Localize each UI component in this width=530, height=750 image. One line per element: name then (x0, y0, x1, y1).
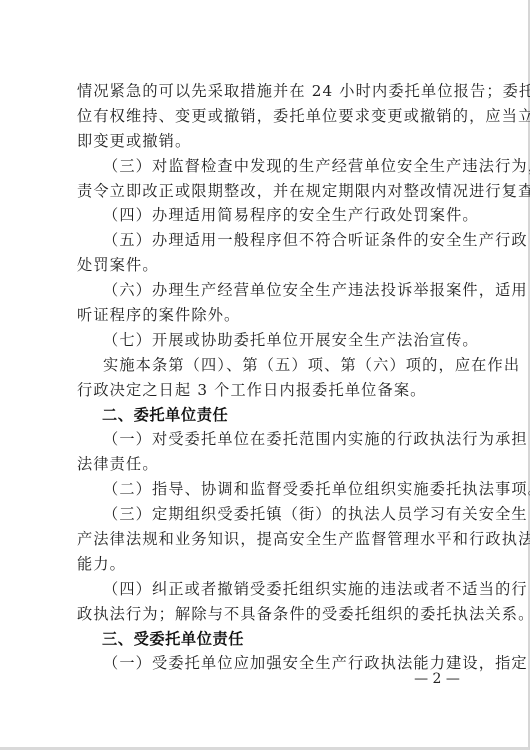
paragraph-line: 能力。 (77, 552, 462, 577)
paragraph-line: 位有权维持、变更或撤销，委托单位要求变更或撤销的，应当立 (77, 104, 462, 129)
paragraph-line: （六）办理生产经营单位安全生产违法投诉举报案件，适用 (77, 278, 462, 303)
paragraph-line: （四）纠正或者撤销受委托组织实施的违法或者不适当的行 (77, 577, 462, 602)
document-body: 情况紧急的可以先采取措施并在 24 小时内委托单位报告；委托单 位有权维持、变更… (77, 79, 462, 676)
paragraph-line: （四）办理适用简易程序的安全生产行政处罚案件。 (77, 203, 462, 228)
paragraph-line: （一）对受委托单位在委托范围内实施的行政执法行为承担 (77, 427, 462, 452)
paragraph-line: 产法律法规和业务知识，提高安全生产监督管理水平和行政执法 (77, 527, 462, 552)
section-heading: 二、委托单位责任 (77, 403, 462, 428)
paragraph-line: 责令立即改正或限期整改，并在规定期限内对整改情况进行复查。 (77, 179, 462, 204)
paragraph-line: 实施本条第（四）、第（五）项、第（六）项的，应在作出 (77, 353, 462, 378)
paragraph-line: （三）对监督检查中发现的生产经营单位安全生产违法行为， (77, 154, 462, 179)
section-heading: 三、受委托单位责任 (77, 627, 462, 652)
paragraph-line: 即变更或撤销。 (77, 129, 462, 154)
document-page: 情况紧急的可以先采取措施并在 24 小时内委托单位报告；委托单 位有权维持、变更… (0, 0, 530, 750)
paragraph-line: （二）指导、协调和监督受委托单位组织实施委托执法事项。 (77, 477, 462, 502)
paragraph-line: 情况紧急的可以先采取措施并在 24 小时内委托单位报告；委托单 (77, 79, 462, 104)
paragraph-line: （五）办理适用一般程序但不符合听证条件的安全生产行政 (77, 228, 462, 253)
paragraph-line: （一）受委托单位应加强安全生产行政执法能力建设，指定 (77, 651, 462, 676)
paragraph-line: 行政决定之日起 3 个工作日内报委托单位备案。 (77, 378, 462, 403)
paragraph-line: 处罚案件。 (77, 253, 462, 278)
paragraph-line: 听证程序的案件除外。 (77, 303, 462, 328)
paragraph-line: （三）定期组织受委托镇（街）的执法人员学习有关安全生 (77, 502, 462, 527)
page-number: — 2 — (414, 671, 460, 687)
paragraph-line: 法律责任。 (77, 452, 462, 477)
paragraph-line: （七）开展或协助委托单位开展安全生产法治宣传。 (77, 328, 462, 353)
paragraph-line: 政执法行为；解除与不具备条件的受委托组织的委托执法关系。 (77, 602, 462, 627)
